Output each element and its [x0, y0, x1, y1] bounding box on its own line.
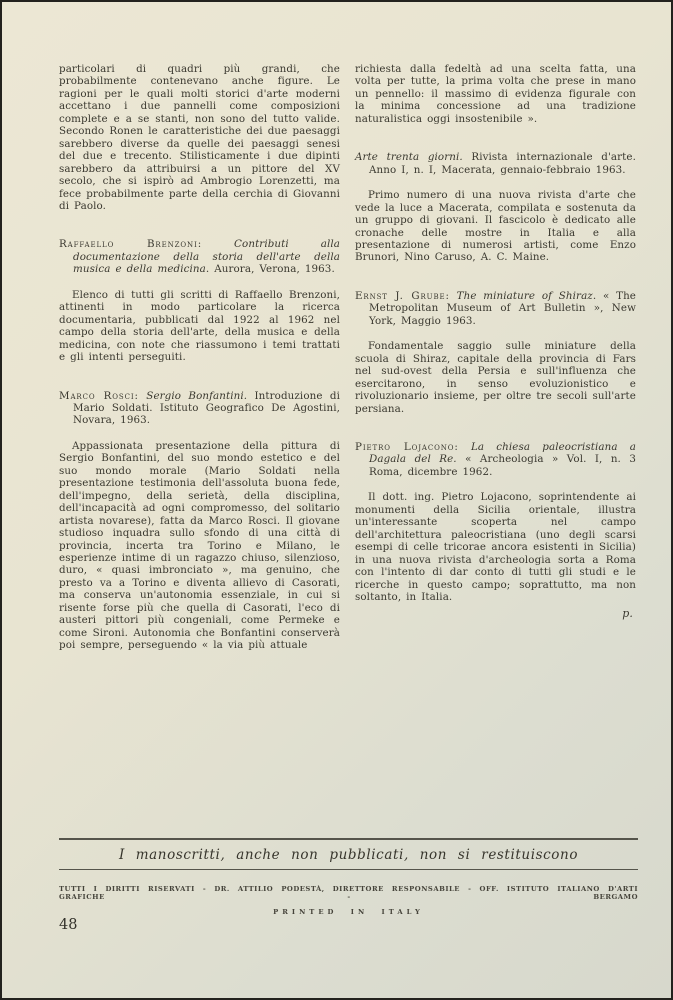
page-footer: I manoscritti, anche non pubblicati, non…: [59, 838, 638, 916]
rights-imprint-line: TUTTI I DIRITTI RISERVATI - DR. ATTILIO …: [59, 885, 638, 901]
paragraph-review: Fondamentale saggio sulle miniature dell…: [355, 340, 636, 415]
entry-author: Ernst J. Grube:: [355, 290, 450, 302]
bibliography-entry-grube: Ernst J. Grube: The miniature of Shiraz.…: [355, 290, 636, 327]
divider-bottom: [59, 869, 638, 871]
entry-author: Marco Rosci:: [59, 390, 139, 402]
entry-title: Arte trenta giorni.: [355, 151, 463, 163]
bibliography-entry-arte-trenta-giorni: Arte trenta giorni. Rivista internaziona…: [355, 151, 636, 176]
entry-title: The miniature of Shiraz.: [450, 290, 596, 302]
bibliography-entry-lojacono: Pietro Lojacono: La chiesa paleocristian…: [355, 441, 636, 478]
scanned-book-page: particolari di quadri più grandi, che pr…: [2, 2, 671, 998]
paragraph-review: Appassionata presentazione della pittura…: [59, 440, 340, 652]
bibliography-entry-rosci: Marco Rosci: Sergio Bonfantini. Introduz…: [59, 390, 340, 427]
text-columns: particolari di quadri più grandi, che pr…: [59, 63, 636, 652]
reviewer-initial: p.: [355, 608, 636, 620]
printed-in-italy: PRINTED IN ITALY: [59, 908, 638, 916]
manuscripts-notice: I manoscritti, anche non pubblicati, non…: [59, 847, 638, 863]
paragraph-review: Elenco di tutti gli scritti di Raffaello…: [59, 289, 340, 364]
bibliography-entry-brenzoni: Raffaello Brenzoni: Contributi alla docu…: [59, 238, 340, 275]
paragraph-review: Il dott. ing. Pietro Lojacono, soprinten…: [355, 491, 636, 603]
paragraph-continuation: particolari di quadri più grandi, che pr…: [59, 63, 340, 212]
entry-author: Pietro Lojacono:: [355, 441, 459, 453]
entry-imprint: Aurora, Verona, 1963.: [209, 263, 335, 275]
paragraph-review: Primo numero di una nuova rivista d'arte…: [355, 189, 636, 264]
left-column: particolari di quadri più grandi, che pr…: [59, 63, 340, 652]
page-number: 48: [59, 917, 77, 933]
right-column: richiesta dalla fedeltà ad una scelta fa…: [355, 63, 636, 652]
entry-author: Raffaello Brenzoni:: [59, 238, 202, 250]
entry-title: Sergio Bonfantini.: [139, 390, 247, 402]
paragraph-continuation: richiesta dalla fedeltà ad una scelta fa…: [355, 63, 636, 125]
divider-top: [59, 838, 638, 840]
